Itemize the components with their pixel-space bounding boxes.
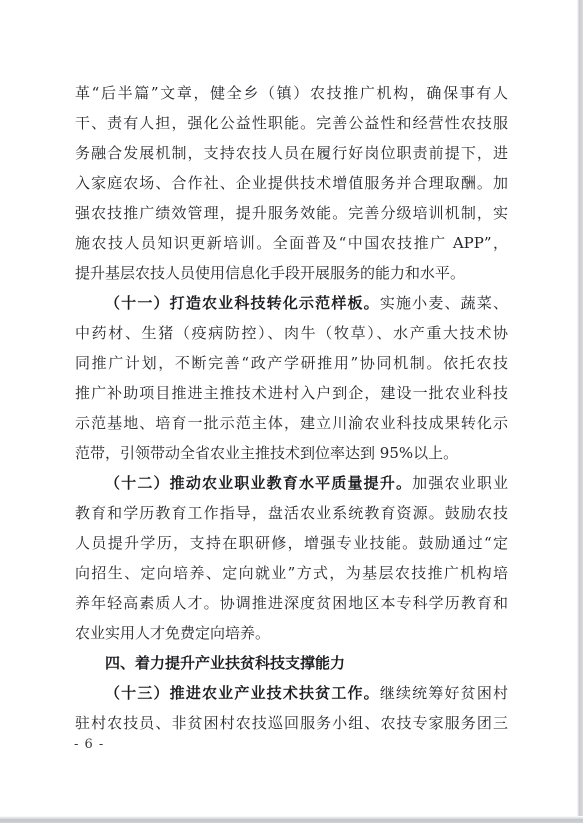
text-segment: 实施小麦、蔬菜、: [380, 294, 508, 312]
text-line: 示范基地、培育一批示范主体，建立川渝农业科技成果转化示: [75, 408, 508, 438]
text-segment: 干、责有人担，强化公益性职能。完善公益性和经营性农技服: [75, 114, 508, 132]
text-segment: 示范基地、培育一批示范主体，建立川渝农业科技成果转化示: [75, 414, 508, 432]
text-segment: 养年轻高素质人才。协调推进深度贫困地区本专科学历教育和: [75, 594, 508, 612]
text-segment: 施农技人员知识更新培训。全面普及“中国农技推广 APP”，: [75, 234, 508, 252]
text-line: 中药材、生猪（疫病防控）、肉牛（牧草）、水产重大技术协: [75, 318, 508, 348]
text-line: （十一）打造农业科技转化示范样板。实施小麦、蔬菜、: [75, 288, 508, 318]
text-segment: 加强农业职业: [412, 474, 508, 492]
page-number: - 6 -: [74, 737, 104, 752]
document-page: 革“后半篇”文章，健全乡（镇）农技推广机构，确保事有人干、责有人担，强化公益性职…: [0, 0, 583, 823]
text-line: 驻村农技员、非贫困村农技巡回服务小组、农技专家服务团三: [75, 708, 508, 738]
text-line: 农业实用人才免费定向培养。: [75, 618, 508, 648]
text-segment: 继续统筹好贫困村: [380, 684, 508, 702]
text-line: 人员提升学历，支持在职研修，增强专业技能。鼓励通过“定: [75, 528, 508, 558]
page-edge-shadow-right: [577, 0, 583, 823]
bold-heading-segment: （十一）打造农业科技转化示范样板。: [105, 294, 380, 312]
page-edge-shadow-bottom: [0, 816, 583, 823]
text-line: 四、着力提升产业扶贫科技支撑能力: [75, 648, 508, 678]
text-segment: 农业实用人才免费定向培养。: [75, 624, 270, 642]
body-text: 革“后半篇”文章，健全乡（镇）农技推广机构，确保事有人干、责有人担，强化公益性职…: [75, 78, 508, 738]
text-segment: 教育和学历教育工作指导，盘活农业系统教育资源。鼓励农技: [75, 504, 508, 522]
text-line: （十三）推进农业产业技术扶贫工作。继续统筹好贫困村: [75, 678, 508, 708]
text-line: 强农技推广绩效管理，提升服务效能。完善分级培训机制，实: [75, 198, 508, 228]
text-line: 务融合发展机制，支持农技人员在履行好岗位职责前提下，进: [75, 138, 508, 168]
text-line: 教育和学历教育工作指导，盘活农业系统教育资源。鼓励农技: [75, 498, 508, 528]
text-segment: 推广补助项目推进主推技术进村入户到企，建设一批农业科技: [75, 384, 508, 402]
bold-heading-segment: （十二）推动农业职业教育水平质量提升。: [105, 474, 412, 492]
text-line: 推广补助项目推进主推技术进村入户到企，建设一批农业科技: [75, 378, 508, 408]
text-line: 干、责有人担，强化公益性职能。完善公益性和经营性农技服: [75, 108, 508, 138]
text-segment: 范带，引领带动全省农业主推技术到位率达到 95%以上。: [75, 444, 458, 462]
bold-heading-segment: 四、着力提升产业扶贫科技支撑能力: [105, 654, 345, 672]
text-segment: 强农技推广绩效管理，提升服务效能。完善分级培训机制，实: [75, 204, 508, 222]
text-line: 入家庭农场、合作社、企业提供技术增值服务并合理取酬。加: [75, 168, 508, 198]
text-segment: 务融合发展机制，支持农技人员在履行好岗位职责前提下，进: [75, 144, 508, 162]
text-segment: 人员提升学历，支持在职研修，增强专业技能。鼓励通过“定: [75, 534, 508, 552]
text-line: 同推广计划，不断完善“政产学研推用”协同机制。依托农技: [75, 348, 508, 378]
text-line: 施农技人员知识更新培训。全面普及“中国农技推广 APP”，: [75, 228, 508, 258]
text-line: （十二）推动农业职业教育水平质量提升。加强农业职业: [75, 468, 508, 498]
text-segment: 中药材、生猪（疫病防控）、肉牛（牧草）、水产重大技术协: [75, 324, 508, 342]
text-line: 养年轻高素质人才。协调推进深度贫困地区本专科学历教育和: [75, 588, 508, 618]
text-segment: 入家庭农场、合作社、企业提供技术增值服务并合理取酬。加: [75, 174, 508, 192]
text-line: 革“后半篇”文章，健全乡（镇）农技推广机构，确保事有人: [75, 78, 508, 108]
text-line: 向招生、定向培养、定向就业”方式，为基层农技推广机构培: [75, 558, 508, 588]
text-line: 范带，引领带动全省农业主推技术到位率达到 95%以上。: [75, 438, 508, 468]
text-segment: 革“后半篇”文章，健全乡（镇）农技推广机构，确保事有人: [75, 84, 508, 102]
text-segment: 驻村农技员、非贫困村农技巡回服务小组、农技专家服务团三: [75, 714, 508, 732]
text-line: 提升基层农技人员使用信息化手段开展服务的能力和水平。: [75, 258, 508, 288]
bold-heading-segment: （十三）推进农业产业技术扶贫工作。: [105, 684, 380, 702]
text-segment: 提升基层农技人员使用信息化手段开展服务的能力和水平。: [75, 264, 465, 282]
text-segment: 向招生、定向培养、定向就业”方式，为基层农技推广机构培: [75, 564, 508, 582]
text-segment: 同推广计划，不断完善“政产学研推用”协同机制。依托农技: [75, 354, 508, 372]
